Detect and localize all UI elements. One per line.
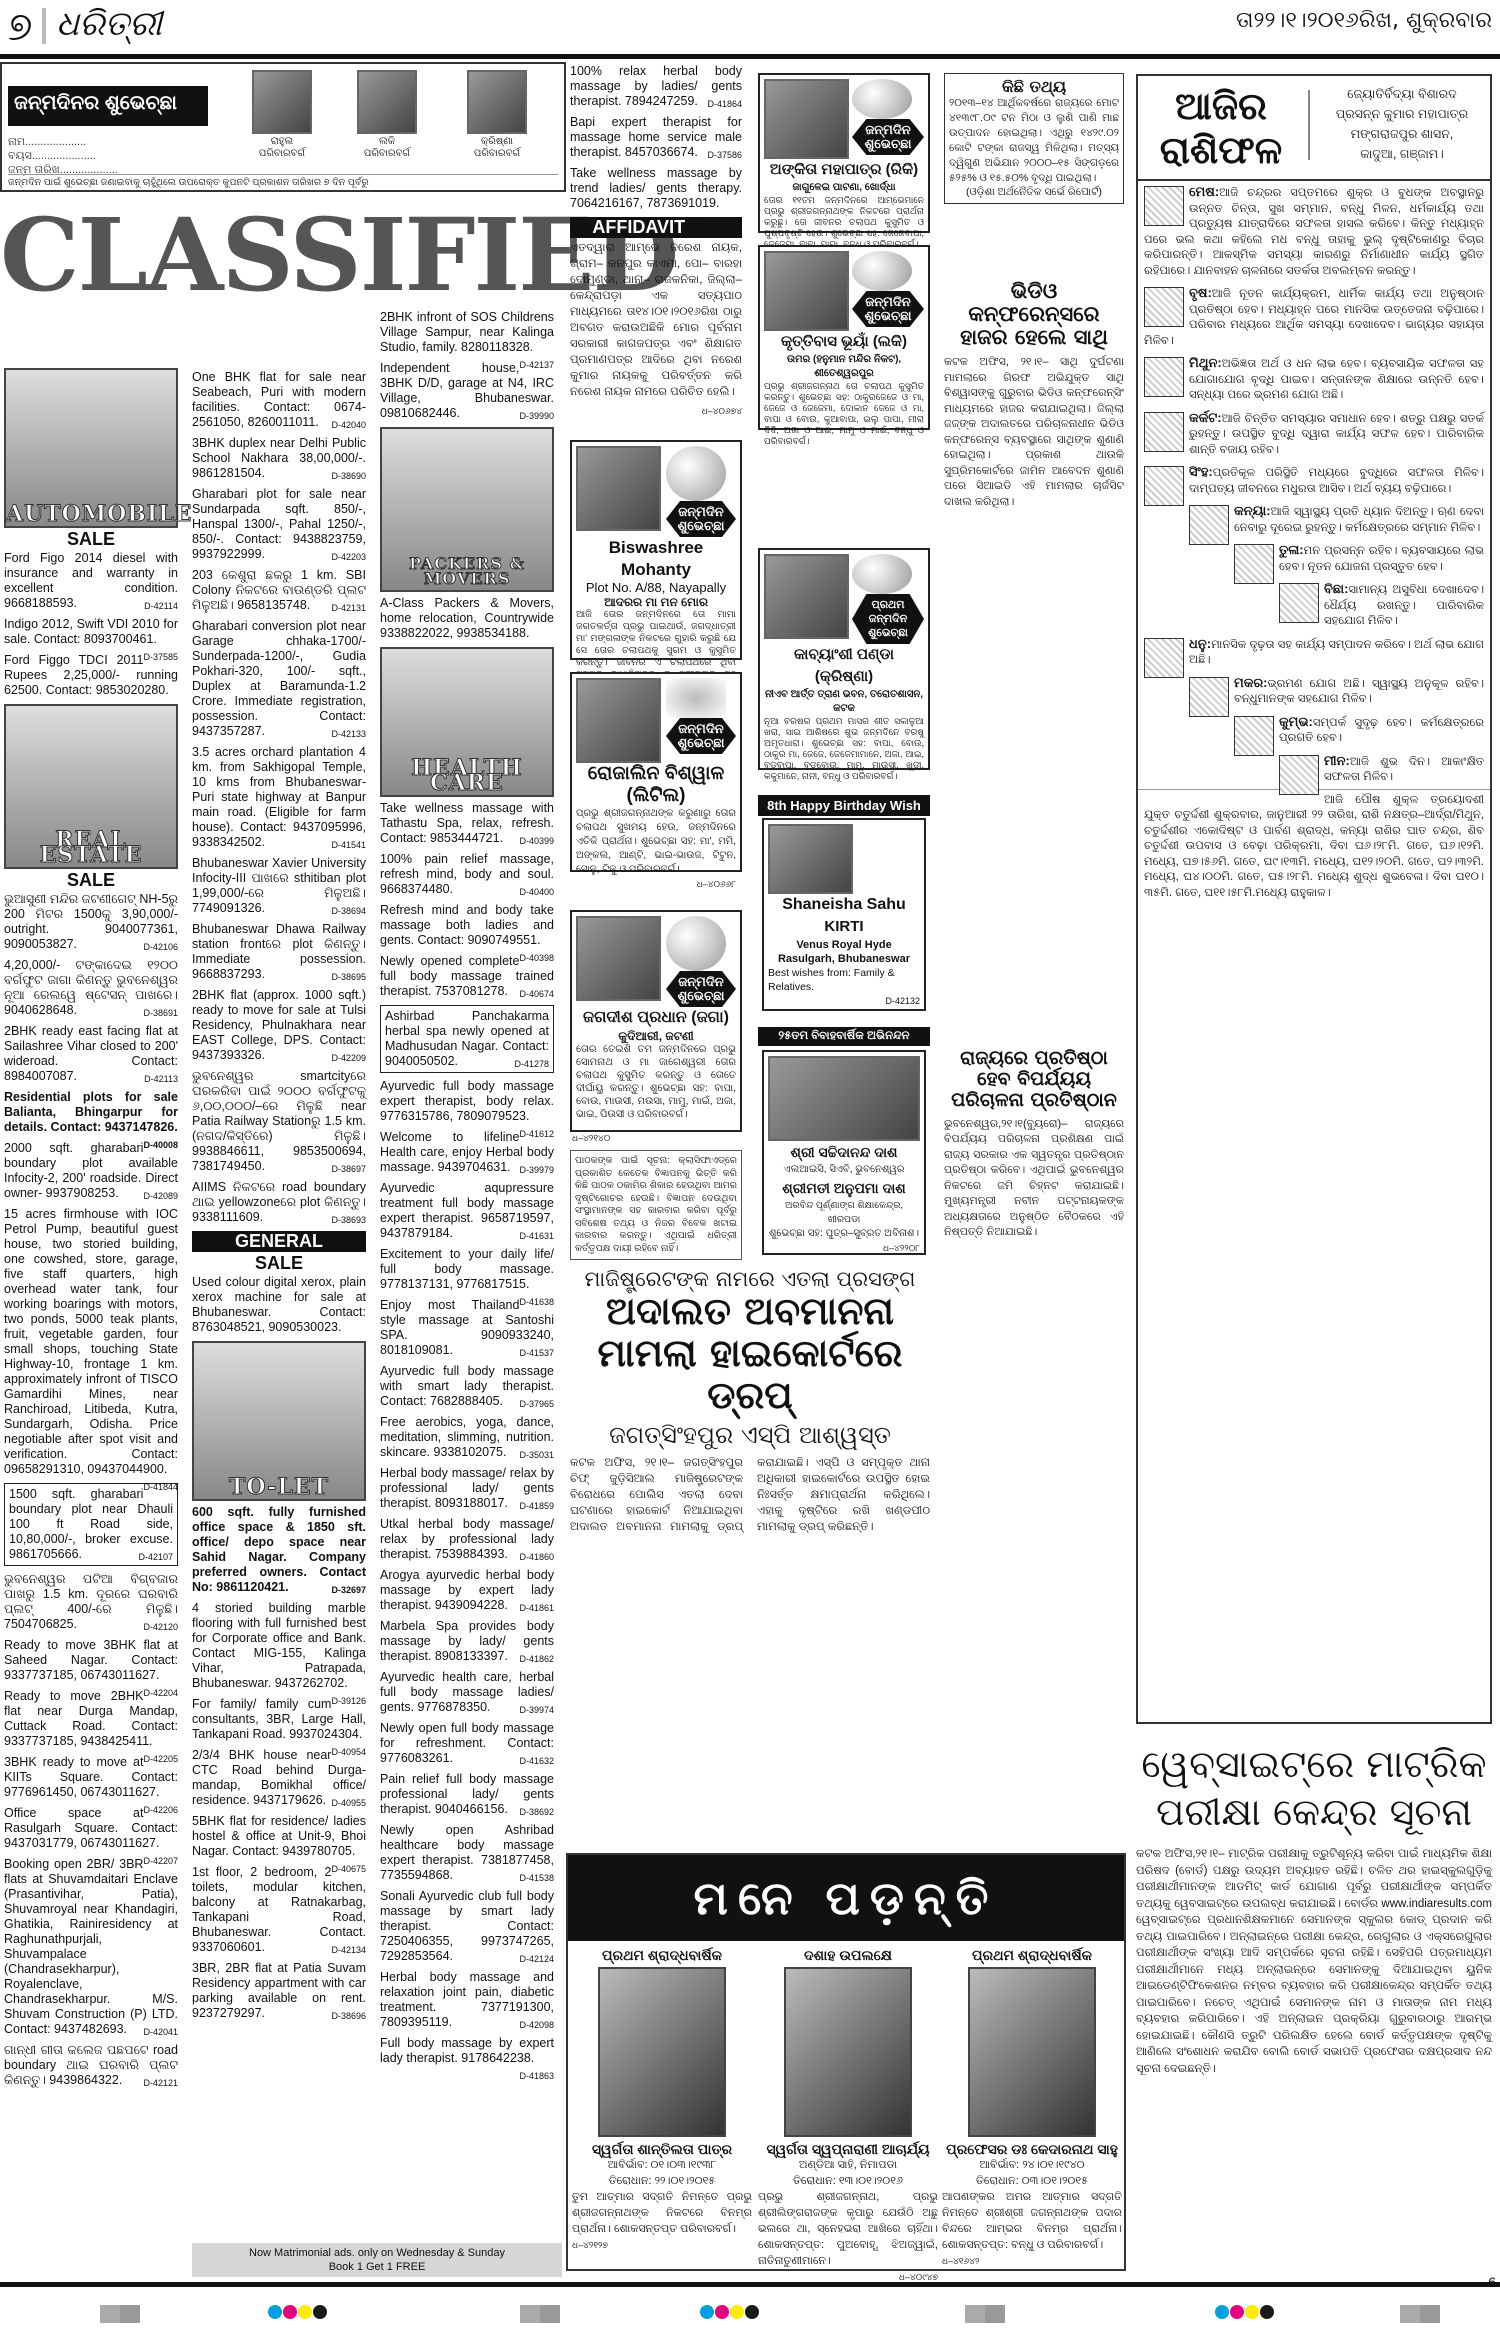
magenta-dot <box>715 2305 729 2319</box>
zodiac-name: କର୍କଟ: <box>1189 410 1222 425</box>
obituary-text: ତୁମ ଆତ୍ମାର ସଦ୍‌ଗତି ନିମନ୍ତେ ପ୍ରଭୁ ଶ୍ରୀଜଗନ… <box>572 2189 752 2237</box>
ad-code: D-42106 <box>143 940 178 955</box>
wish-nickname: KIRTI <box>768 916 920 938</box>
real-estate-label: REAL ESTATE <box>6 833 176 863</box>
wish-address: Plot No. A/88, Nayapally <box>576 581 736 595</box>
yellow-dot <box>298 2305 312 2319</box>
ad-code: D-41612 <box>519 1127 554 1142</box>
to-let-ads: 600 sqft. fully furnished office space &… <box>192 1505 366 2021</box>
news-matric: ୱେବ୍‌ସାଇଟ୍‌ରେ ମାଟ୍ରିକ ପରୀକ୍ଷା କେନ୍ଦ୍ର ସୂ… <box>1136 1740 1492 2077</box>
ad-text: Used colour digital xerox, plain xerox m… <box>192 1275 366 1334</box>
ad-code: D-42132 <box>768 994 920 1008</box>
header-divider <box>1308 90 1310 160</box>
masthead-divider <box>42 8 46 44</box>
coupon-title: ଜନ୍ମଦିନର ଶୁଭେଚ୍ଛା <box>8 86 208 126</box>
zodiac-icon <box>1189 677 1229 717</box>
zodiac-text: ଆଜି ଚିନ୍ତିତ ସମସ୍ୟାର ସମାଧାନ ହେବ। ଶତ୍ରୁ ପକ… <box>1189 413 1484 456</box>
general-sale-heading: SALE <box>192 1256 366 1271</box>
obituary-title: ଦଶାହ ଉପଲକ୍ଷେ <box>758 1947 938 1963</box>
yellow-dot <box>730 2305 744 2319</box>
zodiac-name: କନ୍ୟା: <box>1234 503 1271 518</box>
ad-code: D-37965 <box>519 1397 554 1412</box>
ad-text: 2BHK infront of SOS Childrens Village Sa… <box>380 310 554 354</box>
ad-text: 5BHK flat for residence/ ladies hostel &… <box>192 1814 366 1858</box>
magenta-dot <box>1230 2305 1244 2319</box>
ad-code: D-41538 <box>519 1871 554 1886</box>
classified-ad: Booking open 2BR/ 3BR flats at Shuvamdai… <box>4 1857 178 2037</box>
wish-name: ଜଗଦୀଶ ପ୍ରଧାନ (ଜଗା) <box>576 1007 736 1029</box>
wish-name: Biswashree Mohanty <box>576 537 736 581</box>
sample-name-3: କ୍ରିଷ୍ଣା <box>457 136 537 148</box>
horoscope-title: ଆଜିରରାଶିଫଳ <box>1146 84 1296 172</box>
yellow-dot <box>1245 2305 1259 2319</box>
auto-sale-heading: SALE <box>4 532 178 547</box>
masthead: ୭ ଧରିତ୍ରୀ ତା୨୨।୧।୨୦୧୬ରିଖ, ଶୁକ୍ରବାର <box>0 0 1500 62</box>
wife-place: ଅରବିନ୍ଦ ପୂର୍ଣ୍ଣାଙ୍ଗ ଶିକ୍ଷାକେନ୍ଦ୍ର, ଖୀରପଡ… <box>768 1199 920 1227</box>
classified-ad: 100% pain relief massage, refresh mind, … <box>380 852 554 897</box>
wish-text: ଶୁଭେଚ୍ଛା ସହ: ପୁତ୍ର–ସୁବ୍ରତ ଅବିନାଶ। <box>768 1227 920 1241</box>
classified-ad: Newly open Ashribad healthcare body mass… <box>380 1823 554 1883</box>
zodiac-name: ବିଛା: <box>1324 581 1348 596</box>
zodiac-sign-entry: ମକର:ଭ୍ରମଣ ଯୋଗ ଅଛି। ସ୍ୱାସ୍ଥ୍ୟ ଅନୁକୂଳ ରହିବ… <box>1138 672 1490 711</box>
page-number: ୭ <box>8 4 32 50</box>
classified-ad: 2BHK flat (approx. 1000 sqft.) ready to … <box>192 988 366 1063</box>
wish-kruttibas: ଜନ୍ମଦିନ ଶୁଭେଚ୍ଛା କୃତ୍ତିବାସ ଭୂୟାଁ (ଲକି) ଉ… <box>758 245 930 430</box>
ad-code: D-42204 <box>143 1686 178 1701</box>
husband-place: ଏଲଆଇସି, ସିଏବି, ଭୁବନେଶ୍ୱର <box>768 1163 920 1177</box>
classified-ad: Ayurvedic full body massage with smart l… <box>380 1364 554 1409</box>
zodiac-sign-entry: ବୃଷ:ଆଜି ନୂତନ କାର୍ଯ୍ୟକ୍ରମ, ଧାର୍ମିକ କାର୍ଯ୍… <box>1138 282 1490 352</box>
classified-ad: One BHK flat for sale near Seabeach, Pur… <box>192 370 366 430</box>
ad-code: D-32697 <box>331 1583 366 1598</box>
column-4: 100% relax herbal body massage by ladies… <box>570 64 742 419</box>
cmyk-color-dots <box>700 2305 760 2324</box>
obituary-photo <box>968 1967 1096 2137</box>
classified-ad: ଭୁବନେଶ୍ୱର ପଟିଆ ବିଗ୍‌ବଜାର ପାଖରୁ 1.5 km. ଦ… <box>4 1572 178 1632</box>
zodiac-sign-entry: ମିଥୁନ:ଅଭିଜ୍ଞତା ଅର୍ଥ ଓ ଧନ ଲାଭ ହେବ। ବ୍ୟବସା… <box>1138 352 1490 407</box>
wish-photo <box>764 79 849 159</box>
zodiac-text: ମନ ପ୍ରସନ୍ନ ରହିବ। ବ୍ୟବସାୟରେ ଲାଭ ହେବ। ନୂତନ… <box>1279 545 1484 573</box>
classified-ad: 4,20,000/- ଟଙ୍କାଦେଇ ୧୨୦୦ ବର୍ଗଫୁଟ ଜାଗା କି… <box>4 958 178 1018</box>
registration-mark <box>965 2305 1005 2323</box>
news-subheadline: ଜଗତ୍‌ସିଂହପୁର ଏସ୍‌ପି ଆଶ୍ୱସ୍ତ <box>570 1422 930 1448</box>
ad-text: 4 storied building marble flooring with … <box>192 1601 366 1690</box>
ad-code: D-38697 <box>331 1162 366 1177</box>
health-care-label: HEALTH CARE <box>382 761 552 791</box>
ad-text: Gharabari conversion plot near Garage ch… <box>192 619 366 738</box>
zodiac-sign-entry: କନ୍ୟା:ଆଜି ସ୍ୱାସ୍ଥ୍ୟ ପ୍ରତି ଧ୍ୟାନ ଦିଅନ୍ତୁ।… <box>1138 500 1490 539</box>
news-contempt: ମାଜିଷ୍ଟ୍ରେଟଙ୍କ ନାମରେ ଏତଲା ପ୍ରସଙ୍ଗ ଅଦାଲତ … <box>570 1268 930 1535</box>
classified-ad: A-Class Packers & Movers, home relocatio… <box>380 596 554 641</box>
wish-photo <box>764 251 849 331</box>
zodiac-icon <box>1144 186 1184 226</box>
ad-code: D-42205 <box>143 1752 178 1767</box>
classified-title: CLASSIFIED <box>0 200 566 310</box>
zodiac-sign-entry: ମେଷ:ଆଜି ଚନ୍ଦ୍ରର ସପ୍ତମରେ ଶୁକ୍ର ଓ ବୁଧଙ୍କ ଅ… <box>1138 181 1490 282</box>
ad-code: D-41537 <box>519 1346 554 1361</box>
ad-code: D-39974 <box>519 1703 554 1718</box>
classified-ad: Marbela Spa provides body massage by lad… <box>380 1619 554 1664</box>
horoscope-title-line-1: ଆଜିର <box>1146 84 1296 128</box>
wish-place: ନୀଏବ ଆର୍ତ୍ତ ତ୍ରାଣ ଭବନ, ତରୋତଶାସନ, କଟକ <box>764 688 924 716</box>
black-dot <box>745 2305 759 2319</box>
property-ads: One BHK flat for sale near Seabeach, Pur… <box>192 370 366 1225</box>
wish-rojalin: ଜନ୍ମଦିନ ଶୁଭେଚ୍ଛା ରୋଜାଲିନ ବିଶ୍ୱାଳ (ଲିଟିଲ)… <box>570 672 742 872</box>
matrimonial-notice-line-1: Now Matrimonial ads. only on Wednesday &… <box>195 2246 559 2260</box>
news-headline-2[interactable]: ପରୀକ୍ଷା କେନ୍ଦ୍ର ସୂଚନା <box>1136 1788 1492 1836</box>
sample-name-1: ରାହୁଲ <box>242 136 322 148</box>
news-kicker: ମାଜିଷ୍ଟ୍ରେଟଙ୍କ ନାମରେ ଏତଲା ପ୍ରସଙ୍ଗ <box>570 1268 930 1291</box>
ad-code: D-39126 <box>331 1694 366 1709</box>
matrimonial-notice-line-2: Book 1 Get 1 FREE <box>195 2260 559 2274</box>
wife-name: ଶ୍ରୀମତୀ ଅନୁପମା ଦାଶ <box>768 1177 920 1199</box>
balloon-icon <box>852 79 912 119</box>
zodiac-text: ଆଜି ଚନ୍ଦ୍ରର ସପ୍ତମରେ ଶୁକ୍ର ଓ ବୁଧଙ୍କ ଅବସ୍ଥ… <box>1144 187 1484 277</box>
classified-ad: Bhubaneswar Xavier University Infocity-I… <box>192 856 366 916</box>
zodiac-text: ପ୍ରତିକୂଳ ପରିସ୍ଥିତି ମଧ୍ୟରେ ବୁଦ୍ଧିରେ ସଫଳତା… <box>1189 467 1484 495</box>
zodiac-text: ଅଭିଜ୍ଞତା ଅର୍ଥ ଓ ଧନ ଲାଭ ହେବ। ବ୍ୟବସାୟିକ ସଫ… <box>1189 358 1484 401</box>
classified-ad: Refresh mind and body take massage both … <box>380 903 554 948</box>
classified-ad: 5BHK flat for residence/ ladies hostel &… <box>192 1814 366 1859</box>
ad-text: Ready to move 3BHK flat at Saheed Nagar.… <box>4 1638 178 1682</box>
health-care-image: HEALTH CARE <box>380 647 554 797</box>
news-body: ଭୁବନେଶ୍ୱର,୨୧।୧(ବ୍ୟୁରୋ)– ରାଜ୍ୟରେ ବିପର୍ଯ୍ୟ… <box>944 1117 1124 1241</box>
classified-ad: Newly open full body massage for refresh… <box>380 1721 554 1766</box>
ad-code: D-42206 <box>143 1803 178 1818</box>
classified-ad: Gharabari conversion plot near Garage ch… <box>192 619 366 739</box>
cyan-dot <box>268 2305 282 2319</box>
sample-name-2: ଲକି <box>347 136 427 148</box>
astrologer-district: କାଦୁଆ, ଗଞ୍ଜାମ। <box>1314 144 1490 164</box>
obituary-section: ମନେ ପଡ଼ନ୍ତି ପ୍ରଥମ ଶ୍ରାଦ୍ଧବାର୍ଷିକ ସ୍ୱର୍ଗତ… <box>566 1853 1126 2271</box>
column-3: 2BHK infront of SOS Childrens Village Sa… <box>380 310 554 2084</box>
zodiac-sign-entry: ସିଂହ:ପ୍ରତିକୂଳ ପରିସ୍ଥିତି ମଧ୍ୟରେ ବୁଦ୍ଧିରେ … <box>1138 461 1490 500</box>
ad-text: ଭୁବନେଶ୍ୱର smartcityରେ ଘରକରିବା ପାଇଁ ୨୦୦୦ … <box>192 1069 366 1173</box>
sample-photo-1 <box>252 70 312 134</box>
classified-ad: Take wellness massage with Tathastu Spa,… <box>380 801 554 846</box>
husband-name: ଶ୍ରୀ ସଚ୍ଚିଦାନନ୍ଦ ଦାଶ <box>768 1141 920 1163</box>
flowers-icon <box>666 678 726 718</box>
classified-ad: Excitement to your daily life/ full body… <box>380 1247 554 1292</box>
sample-caption-3: ପରିବାରବର୍ଗ <box>457 148 537 160</box>
wish-name: ରୋଜାଲିନ ବିଶ୍ୱାଳ <box>576 763 736 785</box>
coupon-name-field[interactable]: ନାମ.................... <box>8 136 86 149</box>
black-dot <box>1260 2305 1274 2319</box>
ad-code: D-38690 <box>331 469 366 484</box>
classified-ad: Ayurvedic full body massage expert thera… <box>380 1079 554 1124</box>
wish-jagadish: ଜନ୍ମଦିନ ଶୁଭେଚ୍ଛା ଜଗଦୀଶ ପ୍ରଧାନ (ଜଗା) କୁଦି… <box>570 910 742 1132</box>
news-headline-1[interactable]: ଅଦାଲତ ଅବମାନନା <box>570 1291 930 1333</box>
packers-movers-label: PACKERS & MOVERS <box>382 556 552 586</box>
general-ads: Used colour digital xerox, plain xerox m… <box>192 1275 366 1335</box>
panjika-text: ଆଜି ପୌଷ ଶୁକ୍ଳ ତ୍ରୟୋଦଶୀ ଯୁକ୍ତ ଚତୁର୍ଦ୍ଦଶୀ … <box>1138 789 1490 905</box>
astrologer-name: ପ୍ରସନ୍ନ କୁମାର ମହାପାତ୍ର <box>1314 104 1490 124</box>
news-disaster-institute: ରାଜ୍ୟରେ ପ୍ରତିଷ୍ଠା ହେବ ବିପର୍ଯ୍ୟୟ ପରିଚାଳନା… <box>944 1048 1124 1241</box>
ad-code: D-42041 <box>143 2025 178 2040</box>
ad-code: D-40954 <box>331 1745 366 1760</box>
zodiac-icon <box>1189 505 1229 545</box>
news-video-conference: ଭିଡିଓ କନ୍‌ଫରେନ୍ସରେ ହାଜର ହେଲେ ସାଥି କଟକ ଅଫ… <box>944 280 1124 510</box>
zodiac-icon <box>1234 716 1274 756</box>
zodiac-text: ମାନସିକ ଦୃଢ଼ତା ସହ କାର୍ଯ୍ୟ ସମ୍ପାଦନ କରିବେ। … <box>1189 639 1484 667</box>
obituary-text: ଆପଣଙ୍କର ଅମର ଆତ୍ମାର ସଦ୍‌ଗତି ନିମନ୍ତେ ଶ୍ରୀଶ… <box>942 2189 1122 2253</box>
wish-anniversary: ଶ୍ରୀ ସଚ୍ଚିଦାନନ୍ଦ ଦାଶ ଏଲଆଇସି, ସିଏବି, ଭୁବନ… <box>762 1050 926 1255</box>
classified-ad: ଗାନ୍ଧୀ ଗୀତା କଲେଜ ପଛପଟେ road boundary ଥାଇ… <box>4 2043 178 2088</box>
registration-mark <box>100 2305 140 2323</box>
horoscope-section: ଆଜିରରାଶିଫଳ ଜ୍ୟୋତିର୍ବିଦ୍ୟା ବିଶାରଦ ପ୍ରସନ୍ନ… <box>1136 74 1492 1724</box>
wish-shaneisha: Shaneisha Sahu KIRTI Venus Royal Hyde Ra… <box>762 818 926 1011</box>
classified-ad: Full body massage by expert lady therapi… <box>380 2036 554 2066</box>
ad-code: ଧ–୪୨୧୪୦ <box>572 1133 610 1144</box>
zodiac-sign-entry: ଧନୁ:ମାନସିକ ଦୃଢ଼ତା ସହ କାର୍ଯ୍ୟ ସମ୍ପାଦନ କରି… <box>1138 633 1490 672</box>
birthday-coupon: ଜନ୍ମଦିନର ଶୁଭେଚ୍ଛା ନାମ...................… <box>0 62 566 192</box>
cmyk-color-dots <box>268 2305 328 2324</box>
ad-text: Indigo 2012, Swift VDI 2010 for sale. Co… <box>4 617 178 646</box>
to-let-label: TO-LET <box>194 1480 364 1495</box>
balloon-icon <box>852 251 912 291</box>
classified-ad: 1st floor, 2 bedroom, 2 toilets, modular… <box>192 1865 366 1955</box>
rental-ads: 2BHK infront of SOS Childrens Village Sa… <box>380 310 554 421</box>
astrologer-title: ଜ୍ୟୋତିର୍ବିଦ୍ୟା ବିଶାରଦ <box>1314 84 1490 104</box>
obituary-photo <box>784 1967 912 2137</box>
zodiac-icon <box>1279 583 1319 623</box>
wish-place: ଜାଗୁଳେଇ ପାଟଣା, ଖୋର୍ଦ୍ଧା <box>764 181 924 195</box>
ad-code: D-42120 <box>143 1620 178 1635</box>
zodiac-name: ତୁଳା: <box>1279 542 1304 557</box>
obituary-death: ତିରୋଧାନ: ୨୨।୦୧।୨୦୧୫ <box>572 2173 752 2189</box>
astrologer-village: ମଙ୍ଗରାଜପୁର ଶାସନ, <box>1314 124 1490 144</box>
coupon-age-field[interactable]: ବୟସ..................... <box>8 150 96 163</box>
ad-code: D-38696 <box>331 2009 366 2024</box>
horoscope-title-line-2: ରାଶିଫଳ <box>1146 128 1296 172</box>
obituary-birth: ଆବିର୍ଭାବ: ୨୪।୦୧।୧୯୪୦ <box>942 2157 1122 2173</box>
ad-code: D-42133 <box>331 727 366 742</box>
wish-ankita: ଜନ୍ମଦିନ ଶୁଭେଚ୍ଛା ଅଙ୍କିତା ମହାପାତ୍ର (ରିକି)… <box>758 73 930 233</box>
wish-text: ପ୍ରଭୁ ଶ୍ରୀଜଗନ୍ନାଥ ତୋ ଚଲାପଥ କୁସୁମିତ କରନ୍ତ… <box>764 381 924 447</box>
wish-badge: ଜନ୍ମଦିନ ଶୁଭେଚ୍ଛା <box>852 291 924 327</box>
ad-code: D-42203 <box>331 550 366 565</box>
anniversary-header: ୨୫ତମ ବିବାହବାର୍ଷିକ ଅଭିନନ୍ଦନ <box>758 1027 930 1046</box>
ad-code: D-40399 <box>519 834 554 849</box>
classified-ad: Ready to move 3BHK flat at Saheed Nagar.… <box>4 1638 178 1683</box>
news-headline-2[interactable]: ମାମଲା ହାଇକୋର୍ଟରେ ଡ୍ରପ୍ <box>570 1333 930 1417</box>
ad-code: D-42098 <box>519 2018 554 2033</box>
zodiac-signs: ମେଷ:ଆଜି ଚନ୍ଦ୍ରର ସପ୍ତମରେ ଶୁକ୍ର ଓ ବୁଧଙ୍କ ଅ… <box>1138 181 1490 789</box>
ad-code: D-37586 <box>707 148 742 163</box>
news-body: କଟକ ଅଫିସ, ୨୧।୧– ସାଥି ଦୁର୍ଘଟଣା ମାମଲାରେ ଗି… <box>944 355 1124 510</box>
classified-ad: AIIMS ନିକଟରେ road boundary ଥାଇ yellowzon… <box>192 1180 366 1225</box>
obituary-photo <box>598 1967 726 2137</box>
classified-ad: 3BHK duplex near Delhi Public School Nak… <box>192 436 366 481</box>
ad-code: D-38692 <box>519 1805 554 1820</box>
wish-photo <box>576 916 661 1001</box>
zodiac-sign-entry: କର୍କଟ:ଆଜି ଚିନ୍ତିତ ସମସ୍ୟାର ସମାଧାନ ହେବ। ଶତ… <box>1138 407 1490 462</box>
news-body: କଟକ ଅଫିସ,୨୧।୧– ମାଟ୍ରିକ ପରୀକ୍ଷାକୁ ତ୍ରୁଟିଶ… <box>1136 1846 1492 2077</box>
facts-text: ୨୦୧୩–୧୪ ଆର୍ଥିକବର୍ଷରେ ରାଜ୍ୟରେ ମୋଟ ୪୧୩୯୮.୦… <box>949 96 1119 186</box>
zodiac-icon <box>1144 466 1184 506</box>
coupon-note: ଜନ୍ମଦିନ ପାଇଁ ଶୁଭେଚ୍ଛା ଜଣାଇବାକୁ ଚାହୁଁଥିଲେ… <box>8 174 558 188</box>
classified-ad: 3.5 acres orchard plantation 4 km. from … <box>192 745 366 850</box>
ad-code: D-37585 <box>143 650 178 665</box>
obituary-person-3: ପ୍ରଥମ ଶ୍ରାଦ୍ଧବାର୍ଷିକ ପ୍ରଫେସର ଡଃ କେଦାରନାଥ… <box>942 1947 1122 2269</box>
automobile-image: AUTOMOBILE <box>4 368 178 528</box>
zodiac-icon <box>1144 412 1184 452</box>
news-body: କଟକ ଅଫିସ, ୨୧।୧– ଜଗତ୍‌ସିଂହପୁର ଚିଫ୍ ଜୁଡ଼ିସ… <box>570 1455 930 1535</box>
zodiac-name: କୁମ୍ଭ: <box>1279 714 1313 729</box>
ad-code: D-42131 <box>331 601 366 616</box>
wish-address-1: Venus Royal Hyde <box>768 938 920 952</box>
balloon-icon <box>666 446 726 501</box>
sample-photo-3 <box>467 70 527 134</box>
wish-photo <box>768 824 853 894</box>
wish-photo <box>576 678 661 763</box>
classified-ad: Ayurvedic aqupressure treatment full bod… <box>380 1181 554 1241</box>
cmyk-color-dots <box>1215 2305 1275 2324</box>
packers-ads: A-Class Packers & Movers, home relocatio… <box>380 596 554 641</box>
classified-ad: Ayurvedic health care, herbal full body … <box>380 1670 554 1715</box>
zodiac-icon <box>1144 357 1184 397</box>
wish-badge: ଜନ୍ମଦିନ ଶୁଭେଚ୍ଛା <box>666 971 736 1007</box>
ad-text: Full body massage by expert lady therapi… <box>380 2036 554 2065</box>
obituary-banner: ମନେ ପଡ଼ନ୍ତି <box>568 1855 1124 1941</box>
real-estate-ads: ଭୁଆସୁଣୀ ମନ୍ଦିର ଜଟଣୀଗେଟ୍ NH-5ରୁ 200 ମିଟର … <box>4 892 178 2088</box>
zodiac-name: ଧନୁ: <box>1189 636 1211 651</box>
wish-name: କାବ୍ୟାଂଶୀ ପଣ୍ଡା (କ୍ରିଷ୍ଣା) <box>764 644 924 688</box>
ad-code: D-40675 <box>331 1862 366 1877</box>
obituary-name: ସ୍ୱର୍ଗତା ଶାନ୍ତିଲତା ପାତ୍ର <box>572 2141 752 2157</box>
ad-code: D-38693 <box>331 1213 366 1228</box>
facts-box: କିଛି ତଥ୍ୟ ୨୦୧୩–୧୪ ଆର୍ଥିକବର୍ଷରେ ରାଜ୍ୟରେ ମ… <box>944 73 1124 204</box>
ad-code: ଧ–୪୧୬୪୨ <box>942 2253 1122 2269</box>
ad-code: D-41863 <box>519 2069 554 2084</box>
ad-code: D-41860 <box>519 1550 554 1565</box>
sample-photo-2 <box>357 70 417 134</box>
wish-name: କୃତ୍ତିବାସ ଭୂୟାଁ (ଲକି) <box>764 331 924 353</box>
facts-source: (ଓଡ଼ିଶା ଅର୍ଥନୈତିକ ସର୍ଭେ ରିପୋର୍ଟ) <box>949 186 1119 199</box>
obituary-text: ପ୍ରଭୁ ଶ୍ରୀଜଗନ୍ନାଥ, ପ୍ରଭୁ ଶ୍ରୀଲିଙ୍ଗରାଜଙ୍କ… <box>758 2189 938 2269</box>
top-rule <box>0 54 1500 59</box>
classified-ad: 1500 sqft. gharabari boundary plot near … <box>4 1483 178 1566</box>
classified-ad: Herbal body massage/ relax by profession… <box>380 1466 554 1511</box>
zodiac-name: ମକର: <box>1234 675 1268 690</box>
real-estate-image: REAL ESTATE <box>4 704 178 869</box>
ad-code: D-41638 <box>519 1295 554 1310</box>
wish-badge: ଜନ୍ମଦିନ ଶୁଭେଚ୍ଛା <box>852 119 924 155</box>
classified-ad: ଭୁଆସୁଣୀ ମନ୍ଦିର ଜଟଣୀଗେଟ୍ NH-5ରୁ 200 ମିଟର … <box>4 892 178 952</box>
wish-badge: ପ୍ରଥମ ଜନ୍ମଦିନ ଶୁଭେଚ୍ଛା <box>852 594 924 644</box>
ad-code: D-41864 <box>707 97 742 112</box>
classified-ad: 3BR, 2BR flat at Patia Suvam Residency a… <box>192 1961 366 2021</box>
classified-ad: Indigo 2012, Swift VDI 2010 for sale. Co… <box>4 617 178 647</box>
affidavit-text: ଏତଦ୍ୱାରା ଆମ୍ଭେ ନରେଶ ନାୟକ, ଗ୍ରାମ– କନପୁର କ… <box>570 240 742 400</box>
ad-code: D-41859 <box>519 1499 554 1514</box>
wish-text: ତୋର ୧୧ତମ ଜନ୍ମଦିନରେ ଆମ୍ଭେମାନେ ପ୍ରଭୁ ଶ୍ରୀଜ… <box>764 195 924 250</box>
news-headline[interactable]: ରାଜ୍ୟରେ ପ୍ରତିଷ୍ଠା ହେବ ବିପର୍ଯ୍ୟୟ ପରିଚାଳନା… <box>944 1048 1124 1111</box>
wish-subtitle: ଆଦରର ମା ମନ ମୋର <box>576 595 736 609</box>
ad-code: D-40400 <box>519 885 554 900</box>
classified-ad: Herbal body massage and relaxation joint… <box>380 1970 554 2030</box>
ad-text: 15 acres firmhouse with IOC Petrol Pump,… <box>4 1207 178 1476</box>
obituary-name: ପ୍ରଫେସର ଡଃ କେଦାରନାଥ ସାହୁ <box>942 2141 1122 2157</box>
zodiac-name: ମୀନ: <box>1324 753 1350 768</box>
ad-code: ଧ–୪୨୨୦୮ <box>768 1241 920 1255</box>
sample-caption-2: ପରିବାରବର୍ଗ <box>347 148 427 160</box>
ad-code: ଧ–୪୨୧୨୭ <box>572 2237 752 2253</box>
zodiac-name: ସିଂହ: <box>1189 464 1213 479</box>
classified-ad: 100% relax herbal body massage by ladies… <box>570 64 742 109</box>
ad-code: D-42137 <box>519 358 554 373</box>
ad-code: D-39990 <box>519 409 554 424</box>
general-heading: GENERAL <box>192 1231 366 1252</box>
ad-code: D-39979 <box>519 1163 554 1178</box>
zodiac-name: ମିଥୁନ: <box>1189 355 1222 370</box>
ad-code: D-42114 <box>144 599 178 614</box>
ad-code: D-40955 <box>331 1796 366 1811</box>
balloon-icon <box>852 554 912 594</box>
ad-code: D-42040 <box>331 418 366 433</box>
obituary-death: ତିରୋଧାନ: ୦୩।୦୧।୨୦୧୫ <box>942 2173 1122 2189</box>
wish-photo <box>576 446 661 531</box>
couple-photo <box>768 1056 920 1141</box>
cyan-dot <box>1215 2305 1229 2319</box>
matrimonial-notice: Now Matrimonial ads. only on Wednesday &… <box>192 2243 562 2277</box>
zodiac-icon <box>1144 287 1184 327</box>
classified-ad: Free aerobics, yoga, dance, meditation, … <box>380 1415 554 1460</box>
to-let-image: TO-LET <box>192 1341 366 1501</box>
classified-ad: Utkal herbal body massage/ relax by prof… <box>380 1517 554 1562</box>
ad-code: D-42134 <box>331 1943 366 1958</box>
ad-code: D-38695 <box>331 970 366 985</box>
classified-ad: Bhubaneswar Dhawa Railway station frontର… <box>192 922 366 982</box>
classified-ad: Ford Figo 2014 diesel with insurance and… <box>4 551 178 611</box>
ad-code: D-41862 <box>519 1652 554 1667</box>
ad-code: D-42089 <box>143 1189 178 1204</box>
ad-code: D-41632 <box>519 1754 554 1769</box>
classified-ad: 4 storied building marble flooring with … <box>192 1601 366 1691</box>
ad-code: D-38691 <box>143 1006 178 1021</box>
ad-code: D-39989 <box>707 214 742 229</box>
zodiac-sign-entry: ମୀନ:ଆଜି ଶୁଭ ଦିନ। ଆକାଂକ୍ଷିତ ସଫଳତା ମିଳିବ। <box>1138 750 1490 789</box>
wish-badge: ଜନ୍ମଦିନ ଶୁଭେଚ୍ଛା <box>666 501 736 537</box>
wish-name: Shaneisha Sahu <box>768 894 920 916</box>
classified-banner: CLASSIFIED <box>0 200 566 310</box>
wish-place: ଉମର (ହନୁମାନ ମନ୍ଦିର ନିକଟ), ଶୀତେଶ୍ୱରପୁର <box>764 353 924 381</box>
shaneisha-header: 8th Happy Birthday Wish <box>758 795 930 816</box>
wish-text: ତୋର ତେଇଶି ତମ ଜନ୍ମଦିନରେ ପ୍ରଭୁ ସୋମନାଥ ଓ ମା… <box>576 1043 736 1121</box>
ad-code: D-42207 <box>143 1854 178 1869</box>
classified-ad: Residential plots for sale Balianta, Bhi… <box>4 1090 178 1135</box>
black-dot <box>313 2305 327 2319</box>
column-1: AUTOMOBILE SALE Ford Figo 2014 diesel wi… <box>4 368 178 2094</box>
ad-code: D-42107 <box>138 1550 173 1565</box>
wish-text: Best wishes from: Family & Relatives. <box>768 966 920 994</box>
ad-text: Excitement to your daily life/ full body… <box>380 1247 554 1291</box>
bottom-rule <box>0 2282 1500 2287</box>
sample-caption-1: ପରିବାରବର୍ଗ <box>242 148 322 160</box>
news-headline-1[interactable]: ୱେବ୍‌ସାଇଟ୍‌ରେ ମାଟ୍ରିକ <box>1136 1740 1492 1788</box>
column-2: One BHK flat for sale near Seabeach, Pur… <box>192 370 366 2027</box>
obituary-name: ସ୍ୱର୍ଗତା ସ୍ୱପ୍ନାରାଣୀ ଆଚାର୍ଯ୍ୟ <box>758 2141 938 2157</box>
astrologer-info: ଜ୍ୟୋତିର୍ବିଦ୍ୟା ବିଶାରଦ ପ୍ରସନ୍ନ କୁମାର ମହାପ… <box>1314 84 1490 164</box>
news-headline[interactable]: ଭିଡିଓ କନ୍‌ଫରେନ୍ସରେ ହାଜର ହେଲେ ସାଥି <box>944 280 1124 349</box>
wish-nickname: (ଲିଟିଲ) <box>576 785 736 807</box>
classified-ad: 2BHK ready east facing flat at Sailashre… <box>4 1024 178 1084</box>
classified-ad: Pain relief full body massage profession… <box>380 1772 554 1817</box>
obituary-person-1: ପ୍ରଥମ ଶ୍ରାଦ୍ଧବାର୍ଷିକ ସ୍ୱର୍ଗତା ଶାନ୍ତିଲତା … <box>572 1947 752 2253</box>
ad-code: D-38694 <box>331 904 366 919</box>
zodiac-name: ମେଷ: <box>1189 184 1219 199</box>
ad-text: Take wellness massage by trend ladies/ g… <box>570 166 742 210</box>
